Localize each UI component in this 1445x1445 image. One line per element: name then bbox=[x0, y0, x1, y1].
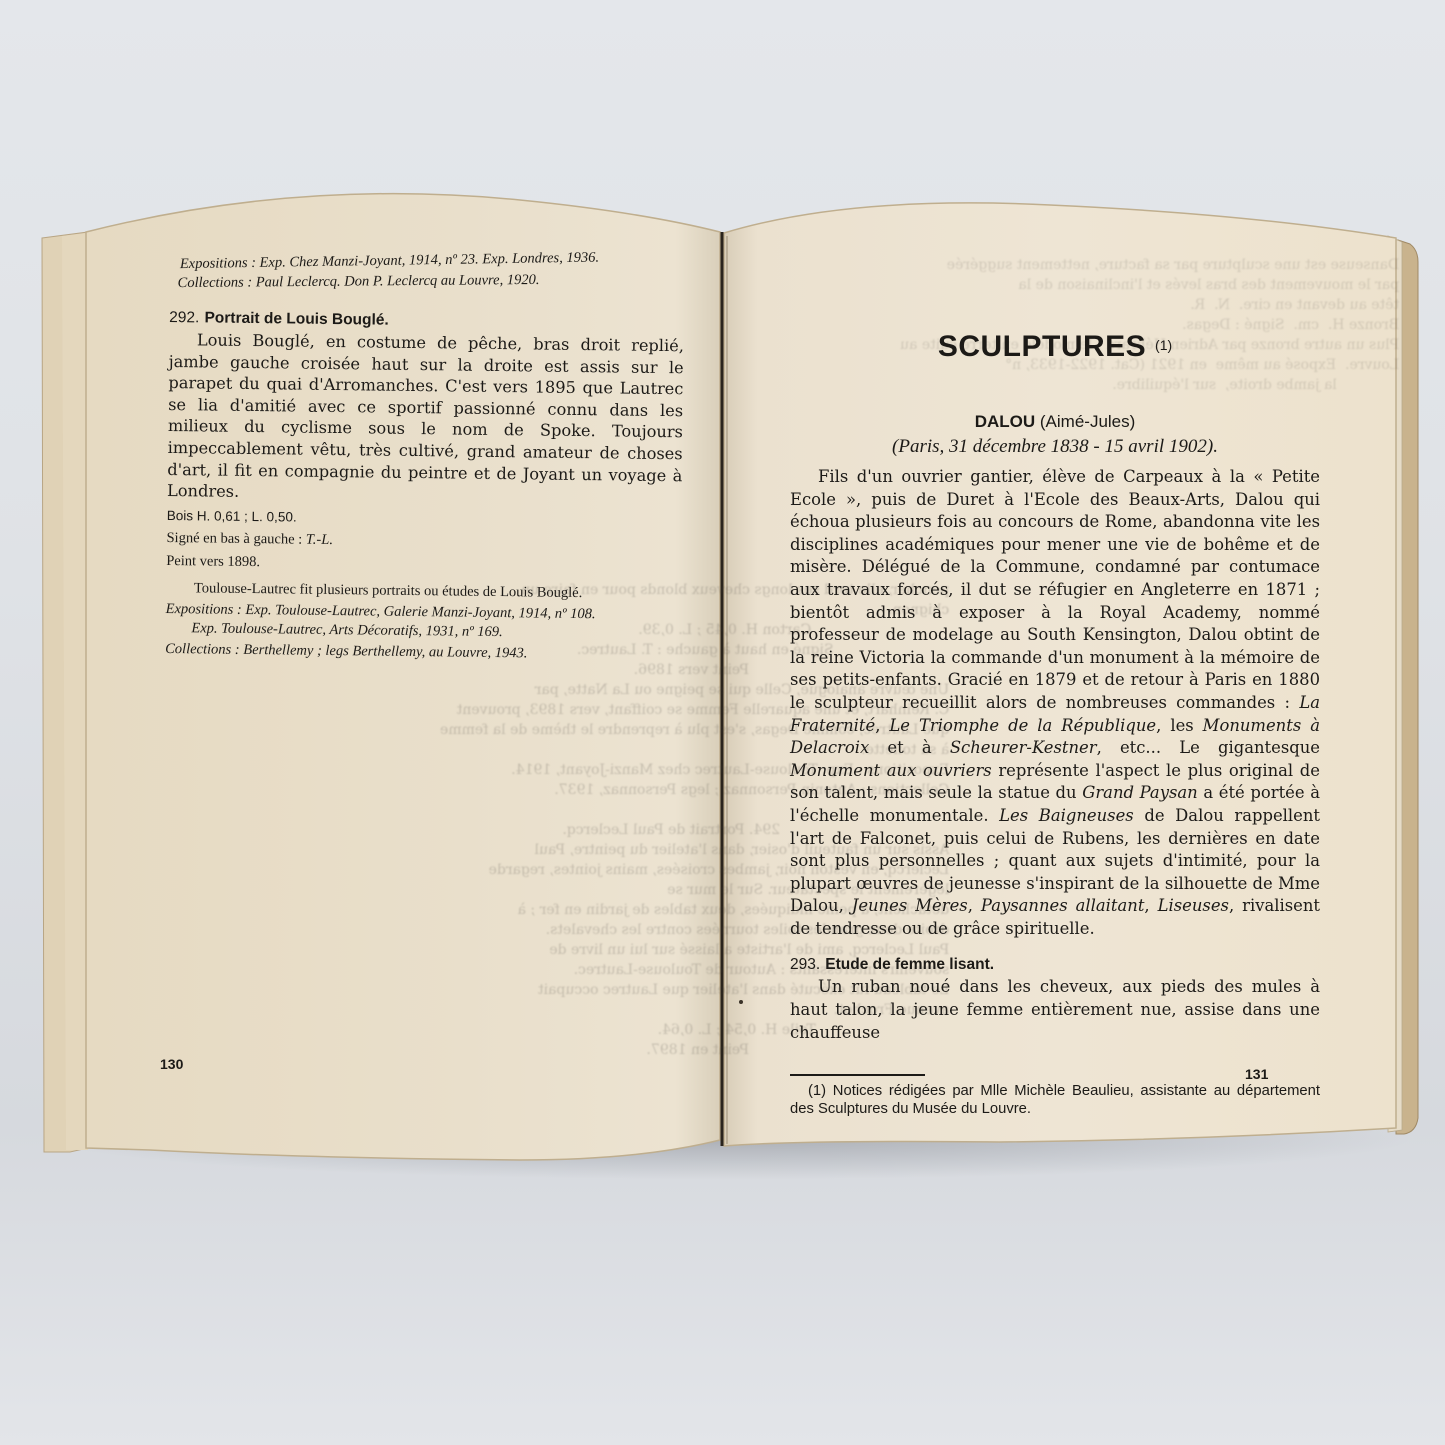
work-title: Paysannes allaitant bbox=[981, 896, 1145, 915]
work-title: Grand Paysan bbox=[1082, 783, 1197, 802]
entry-number: 293. bbox=[790, 956, 820, 973]
right-page: SCULPTURES (1) DALOU (Aimé-Jules) (Paris… bbox=[790, 330, 1320, 1118]
entry-description: Louis Bouglé, en costume de pêche, bras … bbox=[167, 329, 684, 508]
work-title: Jeunes Mères bbox=[852, 896, 968, 915]
bio-text: Fils d'un ouvrier gantier, élève de Carp… bbox=[790, 467, 1320, 712]
artist-biography: Fils d'un ouvrier gantier, élève de Carp… bbox=[790, 466, 1320, 940]
bio-text: et à bbox=[869, 738, 950, 757]
entry-exhibitions: Expositions : Exp. Toulouse-Lautrec, Gal… bbox=[165, 600, 680, 644]
collections-text: Paul Leclercq. Don P. Leclercq au Louvre… bbox=[256, 272, 540, 290]
page-number-left: 130 bbox=[160, 1056, 183, 1072]
entry-signed: Signé en bas à gauche : T.-L. bbox=[166, 529, 681, 554]
bio-text: , bbox=[875, 716, 889, 735]
work-title: Les Baigneuses bbox=[999, 806, 1134, 825]
entry-293-heading: 293. Etude de femme lisant. bbox=[790, 954, 1320, 974]
collections-text: Berthellemy ; legs Berthellemy, au Louvr… bbox=[243, 642, 527, 661]
footnote-divider bbox=[790, 1074, 925, 1076]
artist-dates: (Paris, 31 décembre 1838 - 15 avril 1902… bbox=[790, 436, 1320, 458]
work-title: Liseuses bbox=[1158, 896, 1229, 915]
footnote-reference: (1) bbox=[1155, 337, 1172, 353]
entry-number: 292. bbox=[169, 309, 199, 326]
bio-text: , bbox=[968, 896, 981, 915]
work-title: Monument aux ouvriers bbox=[790, 761, 992, 780]
collections-label: Collections : bbox=[165, 641, 243, 658]
entry-painted: Peint vers 1898. bbox=[166, 552, 681, 577]
bio-text: , les bbox=[1156, 716, 1203, 735]
collections-line: Collections : Paul Leclercq. Don P. Lecl… bbox=[178, 270, 685, 293]
artist-heading: DALOU (Aimé-Jules) bbox=[790, 412, 1320, 432]
artist-surname: DALOU bbox=[975, 412, 1035, 431]
entry-title: Portrait de Louis Bouglé. bbox=[204, 309, 388, 328]
exhibitions-text: Exp. Chez Manzi-Joyant, 1914, nº 23. Exp… bbox=[259, 250, 599, 271]
exhibitions-line-1: Exp. Toulouse-Lautrec, Galerie Manzi-Joy… bbox=[245, 602, 595, 622]
signed-value: T.-L. bbox=[306, 531, 333, 547]
entry-medium: Bois H. 0,61 ; L. 0,50. bbox=[167, 506, 682, 531]
footnote: (1) Notices rédigées par Mlle Michèle Be… bbox=[790, 1082, 1320, 1118]
section-title-text: SCULPTURES bbox=[938, 330, 1146, 363]
exhibitions-label: Expositions : bbox=[166, 601, 246, 618]
section-title: SCULPTURES (1) bbox=[790, 330, 1320, 364]
work-title: Le Triomphe de la République bbox=[889, 716, 1156, 735]
work-title: Scheurer-Kestner bbox=[950, 738, 1097, 757]
artist-given-names: (Aimé-Jules) bbox=[1040, 412, 1135, 431]
signed-label: Signé en bas à gauche : bbox=[166, 530, 306, 548]
page-number-right: 131 bbox=[1245, 1066, 1268, 1082]
bio-text: , etc... Le gigantesque bbox=[1097, 738, 1320, 757]
collections-label: Collections : bbox=[178, 274, 256, 291]
bio-text: , bbox=[1144, 896, 1157, 915]
entry-description: Un ruban noué dans les cheveux, aux pied… bbox=[790, 976, 1320, 1044]
left-page: Expositions : Exp. Chez Manzi-Joyant, 19… bbox=[165, 255, 685, 665]
exhibitions-label: Expositions : bbox=[180, 255, 260, 272]
entry-title: Etude de femme lisant. bbox=[825, 956, 994, 973]
